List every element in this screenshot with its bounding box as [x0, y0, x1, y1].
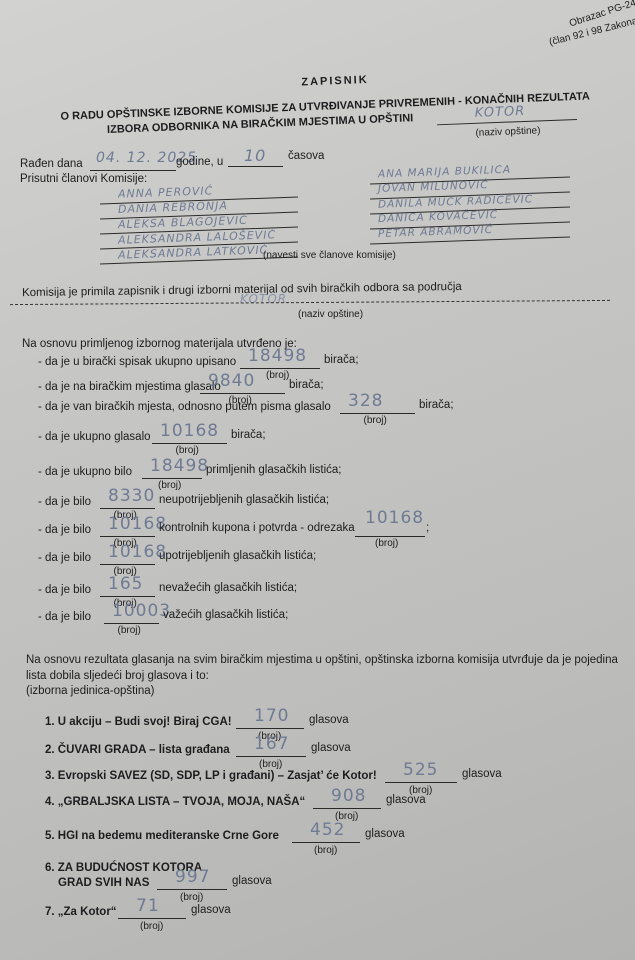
finding-underline-2 [355, 536, 425, 537]
list-glasova-label: glasova [232, 875, 272, 887]
finding-label: - da je bilo [38, 524, 91, 536]
finding-suffix: birača; [324, 354, 359, 366]
municipality-value[interactable]: KOTOR [474, 104, 525, 121]
finding-broj-caption: (broj) [266, 370, 289, 381]
finding-underline [100, 564, 155, 565]
finding-label: - da je bilo [38, 552, 91, 564]
finding-suffix: neupotrijebljenih glasačkih listića; [159, 494, 329, 506]
finding-suffix: nevažećih glasačkih listića; [159, 582, 297, 594]
finding-underline [100, 596, 155, 597]
date-label: Rađen dana [20, 158, 83, 170]
finding-underline [152, 443, 227, 444]
finding-value[interactable]: 8330 [108, 486, 155, 506]
finding-suffix: kontrolnih kupona i potvrda - odrezaka [159, 522, 355, 534]
finding-broj-caption: (broj) [158, 480, 181, 491]
finding-suffix: birača; [419, 399, 454, 411]
list-name: 1. U akciju – Budi svoj! Biraj CGA! [45, 716, 232, 728]
document-title: ZAPISNIK [301, 74, 369, 89]
list-name: 4. „GRBALJSKA LISTA – TVOJA, MOJA, NAŠA“ [45, 796, 305, 808]
received-caption: (naziv opštine) [298, 309, 363, 320]
finding-suffix: upotrijebljenih glasačkih listića; [159, 550, 316, 562]
finding-value[interactable]: 10168 [160, 421, 219, 441]
finding-label: - da je bilo [38, 611, 91, 623]
finding-suffix: primljenih glasačkih listića; [206, 464, 342, 476]
list-underline [236, 756, 306, 757]
list-broj-caption: (broj) [314, 845, 337, 856]
member-name-left[interactable]: DANIA REBRONJA [118, 199, 228, 216]
results-intro-line-2: lista dobila sljedeći broj glasova i to: [26, 670, 209, 682]
list-underline [385, 782, 457, 783]
list-votes-field[interactable]: 997 [175, 867, 210, 887]
list-broj-caption: (broj) [140, 921, 163, 932]
list-glasova-label: glasova [311, 742, 351, 754]
finding-underline [340, 413, 415, 414]
finding-broj-caption: (broj) [364, 415, 387, 426]
finding-underline [200, 393, 285, 394]
finding-broj-caption: (broj) [176, 445, 199, 456]
results-intro-line-1: Na osnovu rezultata glasanja na svim bir… [26, 654, 618, 666]
list-glasova-label: glasova [191, 904, 231, 916]
list-glasova-label: glasova [462, 768, 502, 780]
finding-label: - da je ukupno glasalo [38, 431, 151, 443]
list-votes-field[interactable]: 170 [254, 706, 289, 726]
list-name: 5. HGI na bedemu mediteranske Crne Gore [45, 830, 279, 842]
list-votes-field[interactable]: 525 [403, 760, 438, 780]
finding-label: - da je bilo [38, 496, 91, 508]
list-underline [236, 728, 304, 729]
finding-broj-caption: (broj) [375, 538, 398, 549]
year-suffix: godine, u [176, 156, 223, 168]
member-name-right[interactable]: ANA MARIJA BUKILICA [378, 164, 511, 181]
list-name-line-2: GRAD SVIH NAS [58, 877, 149, 889]
finding-value[interactable]: 328 [348, 391, 383, 411]
list-underline [313, 808, 381, 809]
finding-value-2[interactable]: 10168 [365, 508, 424, 528]
list-glasova-label: glasova [309, 714, 349, 726]
list-glasova-label: glasova [365, 828, 405, 840]
finding-suffix: važećih glasačkih listića; [163, 609, 288, 621]
member-name-right[interactable]: PETAR ABRAMOVIĆ [378, 224, 493, 240]
finding-value[interactable]: 18498 [248, 346, 307, 366]
list-votes-field[interactable]: 71 [136, 896, 160, 916]
finding-suffix: birača; [231, 429, 266, 441]
list-votes-field[interactable]: 908 [331, 786, 366, 806]
finding-suffix: birača; [289, 379, 324, 391]
finding-value[interactable]: 9840 [208, 371, 255, 391]
finding-underline [142, 478, 202, 479]
finding-label: - da je u birački spisak ukupno upisano [38, 356, 236, 368]
finding-underline [100, 508, 155, 509]
results-intro-line-3: (izborna jedinica-opština) [26, 685, 154, 697]
hour-suffix: časova [288, 150, 324, 162]
finding-underline [100, 536, 155, 537]
received-municipality[interactable]: KOTOR [240, 292, 287, 306]
member-name-right[interactable]: JOVAN MILUNOVIĆ [378, 179, 489, 195]
finding-underline [240, 368, 320, 369]
municipality-caption: (naziv opštine) [475, 125, 540, 138]
list-underline [157, 889, 227, 890]
members-label: Prisutni članovi Komisije: [20, 173, 147, 185]
list-votes-field[interactable]: 167 [254, 734, 289, 754]
finding-value[interactable]: 165 [108, 574, 143, 594]
finding-suffix-2: ; [426, 522, 429, 534]
list-underline [292, 842, 360, 843]
election-record-document: Obrazac PG-24 (član 92 i 98 Zakona) ZAPI… [0, 0, 635, 960]
finding-label: - da je na biračkim mjestima glasalo [38, 381, 221, 393]
finding-broj-caption: (broj) [118, 625, 141, 636]
finding-label: - da je ukupno bilo [38, 466, 132, 478]
hour-field[interactable]: 10 [244, 146, 266, 165]
finding-label: - da je bilo [38, 584, 91, 596]
list-glasova-label: glasova [386, 794, 426, 806]
list-broj-caption: (broj) [259, 759, 282, 770]
member-name-right[interactable]: DANICA KOVAČEVIĆ [378, 209, 499, 225]
finding-value[interactable]: 18498 [150, 456, 209, 476]
list-name: 2. ČUVARI GRADA – lista građana [45, 744, 230, 756]
list-name: 3. Evropski SAVEZ (SD, SDP, LP i građani… [45, 770, 377, 782]
finding-label: - da je van biračkih mjesta, odnosno put… [38, 401, 331, 413]
list-name: 7. „Za Kotor“ [45, 906, 117, 918]
members-caption: (navesti sve članove komisije) [263, 250, 396, 261]
list-underline [118, 918, 186, 919]
list-votes-field[interactable]: 452 [310, 820, 345, 840]
list-broj-caption: (broj) [180, 892, 203, 903]
member-name-left[interactable]: ANNA PEROVIĆ [118, 184, 214, 200]
finding-underline [104, 623, 159, 624]
